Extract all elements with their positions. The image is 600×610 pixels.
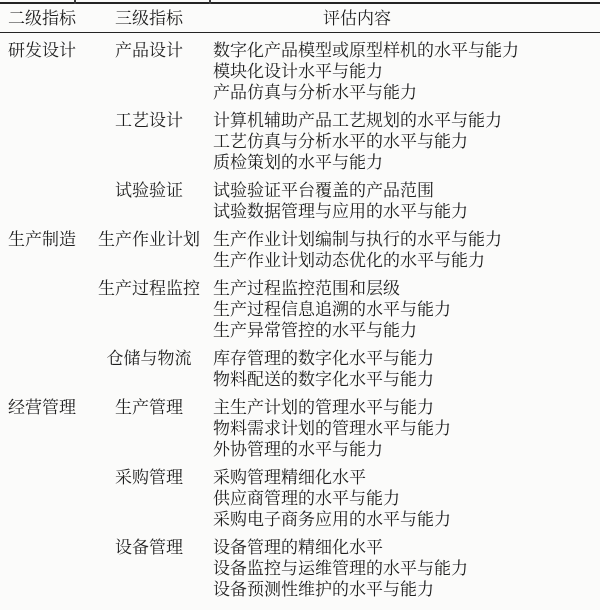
evaluation-item: 试验数据管理与应用的水平与能力 (213, 201, 600, 222)
table-row: 设备管理设备管理的精细化水平设备监控与运维管理的水平与能力设备预测性维护的水平与… (0, 537, 600, 600)
evaluation-item: 产品仿真与分析水平与能力 (213, 82, 600, 103)
level3-indicator-cell: 生产过程监控 (90, 278, 208, 341)
table-row: 生产制造生产作业计划生产作业计划编制与执行的水平与能力生产作业计划动态优化的水平… (0, 229, 600, 271)
evaluation-item: 质检策划的水平与能力 (213, 152, 600, 173)
evaluation-content-cell: 数字化产品模型或原型样机的水平与能力模块化设计水平与能力产品仿真与分析水平与能力 (208, 40, 600, 103)
evaluation-item: 计算机辅助产品工艺规划的水平与能力 (213, 110, 600, 131)
evaluation-item: 主生产计划的管理水平与能力 (213, 397, 600, 418)
level3-indicator-cell: 采购管理 (90, 467, 208, 530)
level3-indicator-cell: 设备管理 (90, 537, 208, 600)
evaluation-item: 生产异常管控的水平与能力 (213, 320, 600, 341)
table-row: 采购管理采购管理精细化水平供应商管理的水平与能力采购电子商务应用的水平与能力 (0, 467, 600, 530)
evaluation-item: 物料配送的数字化水平与能力 (213, 369, 600, 390)
table-row: 经营管理生产管理主生产计划的管理水平与能力物料需求计划的管理水平与能力外协管理的… (0, 397, 600, 460)
evaluation-item: 设备管理的精细化水平 (213, 537, 600, 558)
evaluation-content-cell: 主生产计划的管理水平与能力物料需求计划的管理水平与能力外协管理的水平与能力 (208, 397, 600, 460)
header-level2-indicator: 二级指标 (0, 9, 90, 28)
level2-indicator-cell: 生产制造 (0, 229, 90, 271)
evaluation-item: 生产过程信息追溯的水平与能力 (213, 299, 600, 320)
level2-indicator-cell (0, 467, 90, 530)
level2-indicator-cell (0, 278, 90, 341)
top-rule-tick-1 (74, 0, 76, 4)
evaluation-item: 采购管理精细化水平 (213, 467, 600, 488)
evaluation-item: 试验验证平台覆盖的产品范围 (213, 180, 600, 201)
level2-indicator-cell (0, 348, 90, 390)
level3-indicator-cell: 生产作业计划 (90, 229, 208, 271)
indicator-table: 二级指标 三级指标 评估内容 研发设计产品设计数字化产品模型或原型样机的水平与能… (0, 2, 600, 600)
evaluation-item: 生产作业计划编制与执行的水平与能力 (213, 229, 600, 250)
evaluation-item: 生产作业计划动态优化的水平与能力 (213, 250, 600, 271)
table-header-row: 二级指标 三级指标 评估内容 (0, 4, 600, 33)
evaluation-item: 数字化产品模型或原型样机的水平与能力 (213, 40, 600, 61)
evaluation-item: 设备预测性维护的水平与能力 (213, 579, 600, 600)
level2-indicator-cell: 研发设计 (0, 40, 90, 103)
evaluation-item: 物料需求计划的管理水平与能力 (213, 418, 600, 439)
level2-indicator-cell: 经营管理 (0, 397, 90, 460)
header-level3-indicator: 三级指标 (90, 9, 208, 28)
table-row: 研发设计产品设计数字化产品模型或原型样机的水平与能力模块化设计水平与能力产品仿真… (0, 40, 600, 103)
level2-indicator-cell (0, 110, 90, 173)
evaluation-content-cell: 采购管理精细化水平供应商管理的水平与能力采购电子商务应用的水平与能力 (208, 467, 600, 530)
evaluation-item: 库存管理的数字化水平与能力 (213, 348, 600, 369)
level3-indicator-cell: 生产管理 (90, 397, 208, 460)
level3-indicator-cell: 产品设计 (90, 40, 208, 103)
top-rule-tick-2 (209, 0, 211, 4)
table-body: 研发设计产品设计数字化产品模型或原型样机的水平与能力模块化设计水平与能力产品仿真… (0, 33, 600, 600)
table-row: 仓储与物流库存管理的数字化水平与能力物料配送的数字化水平与能力 (0, 348, 600, 390)
level3-indicator-cell: 仓储与物流 (90, 348, 208, 390)
level3-indicator-cell: 试验验证 (90, 180, 208, 222)
evaluation-item: 外协管理的水平与能力 (213, 439, 600, 460)
header-evaluation-content: 评估内容 (208, 9, 600, 28)
level2-indicator-cell (0, 180, 90, 222)
evaluation-item: 生产过程监控范围和层级 (213, 278, 600, 299)
evaluation-item: 模块化设计水平与能力 (213, 61, 600, 82)
evaluation-content-cell: 生产过程监控范围和层级生产过程信息追溯的水平与能力生产异常管控的水平与能力 (208, 278, 600, 341)
level2-indicator-cell (0, 537, 90, 600)
evaluation-content-cell: 生产作业计划编制与执行的水平与能力生产作业计划动态优化的水平与能力 (208, 229, 600, 271)
table-row: 生产过程监控生产过程监控范围和层级生产过程信息追溯的水平与能力生产异常管控的水平… (0, 278, 600, 341)
evaluation-content-cell: 库存管理的数字化水平与能力物料配送的数字化水平与能力 (208, 348, 600, 390)
evaluation-item: 采购电子商务应用的水平与能力 (213, 509, 600, 530)
evaluation-item: 供应商管理的水平与能力 (213, 488, 600, 509)
evaluation-content-cell: 计算机辅助产品工艺规划的水平与能力工艺仿真与分析水平的水平与能力质检策划的水平与… (208, 110, 600, 173)
evaluation-content-cell: 设备管理的精细化水平设备监控与运维管理的水平与能力设备预测性维护的水平与能力 (208, 537, 600, 600)
table-row: 工艺设计计算机辅助产品工艺规划的水平与能力工艺仿真与分析水平的水平与能力质检策划… (0, 110, 600, 173)
evaluation-item: 设备监控与运维管理的水平与能力 (213, 558, 600, 579)
paper-table-page: 二级指标 三级指标 评估内容 研发设计产品设计数字化产品模型或原型样机的水平与能… (0, 0, 600, 610)
level3-indicator-cell: 工艺设计 (90, 110, 208, 173)
evaluation-item: 工艺仿真与分析水平的水平与能力 (213, 131, 600, 152)
table-row: 试验验证试验验证平台覆盖的产品范围试验数据管理与应用的水平与能力 (0, 180, 600, 222)
evaluation-content-cell: 试验验证平台覆盖的产品范围试验数据管理与应用的水平与能力 (208, 180, 600, 222)
